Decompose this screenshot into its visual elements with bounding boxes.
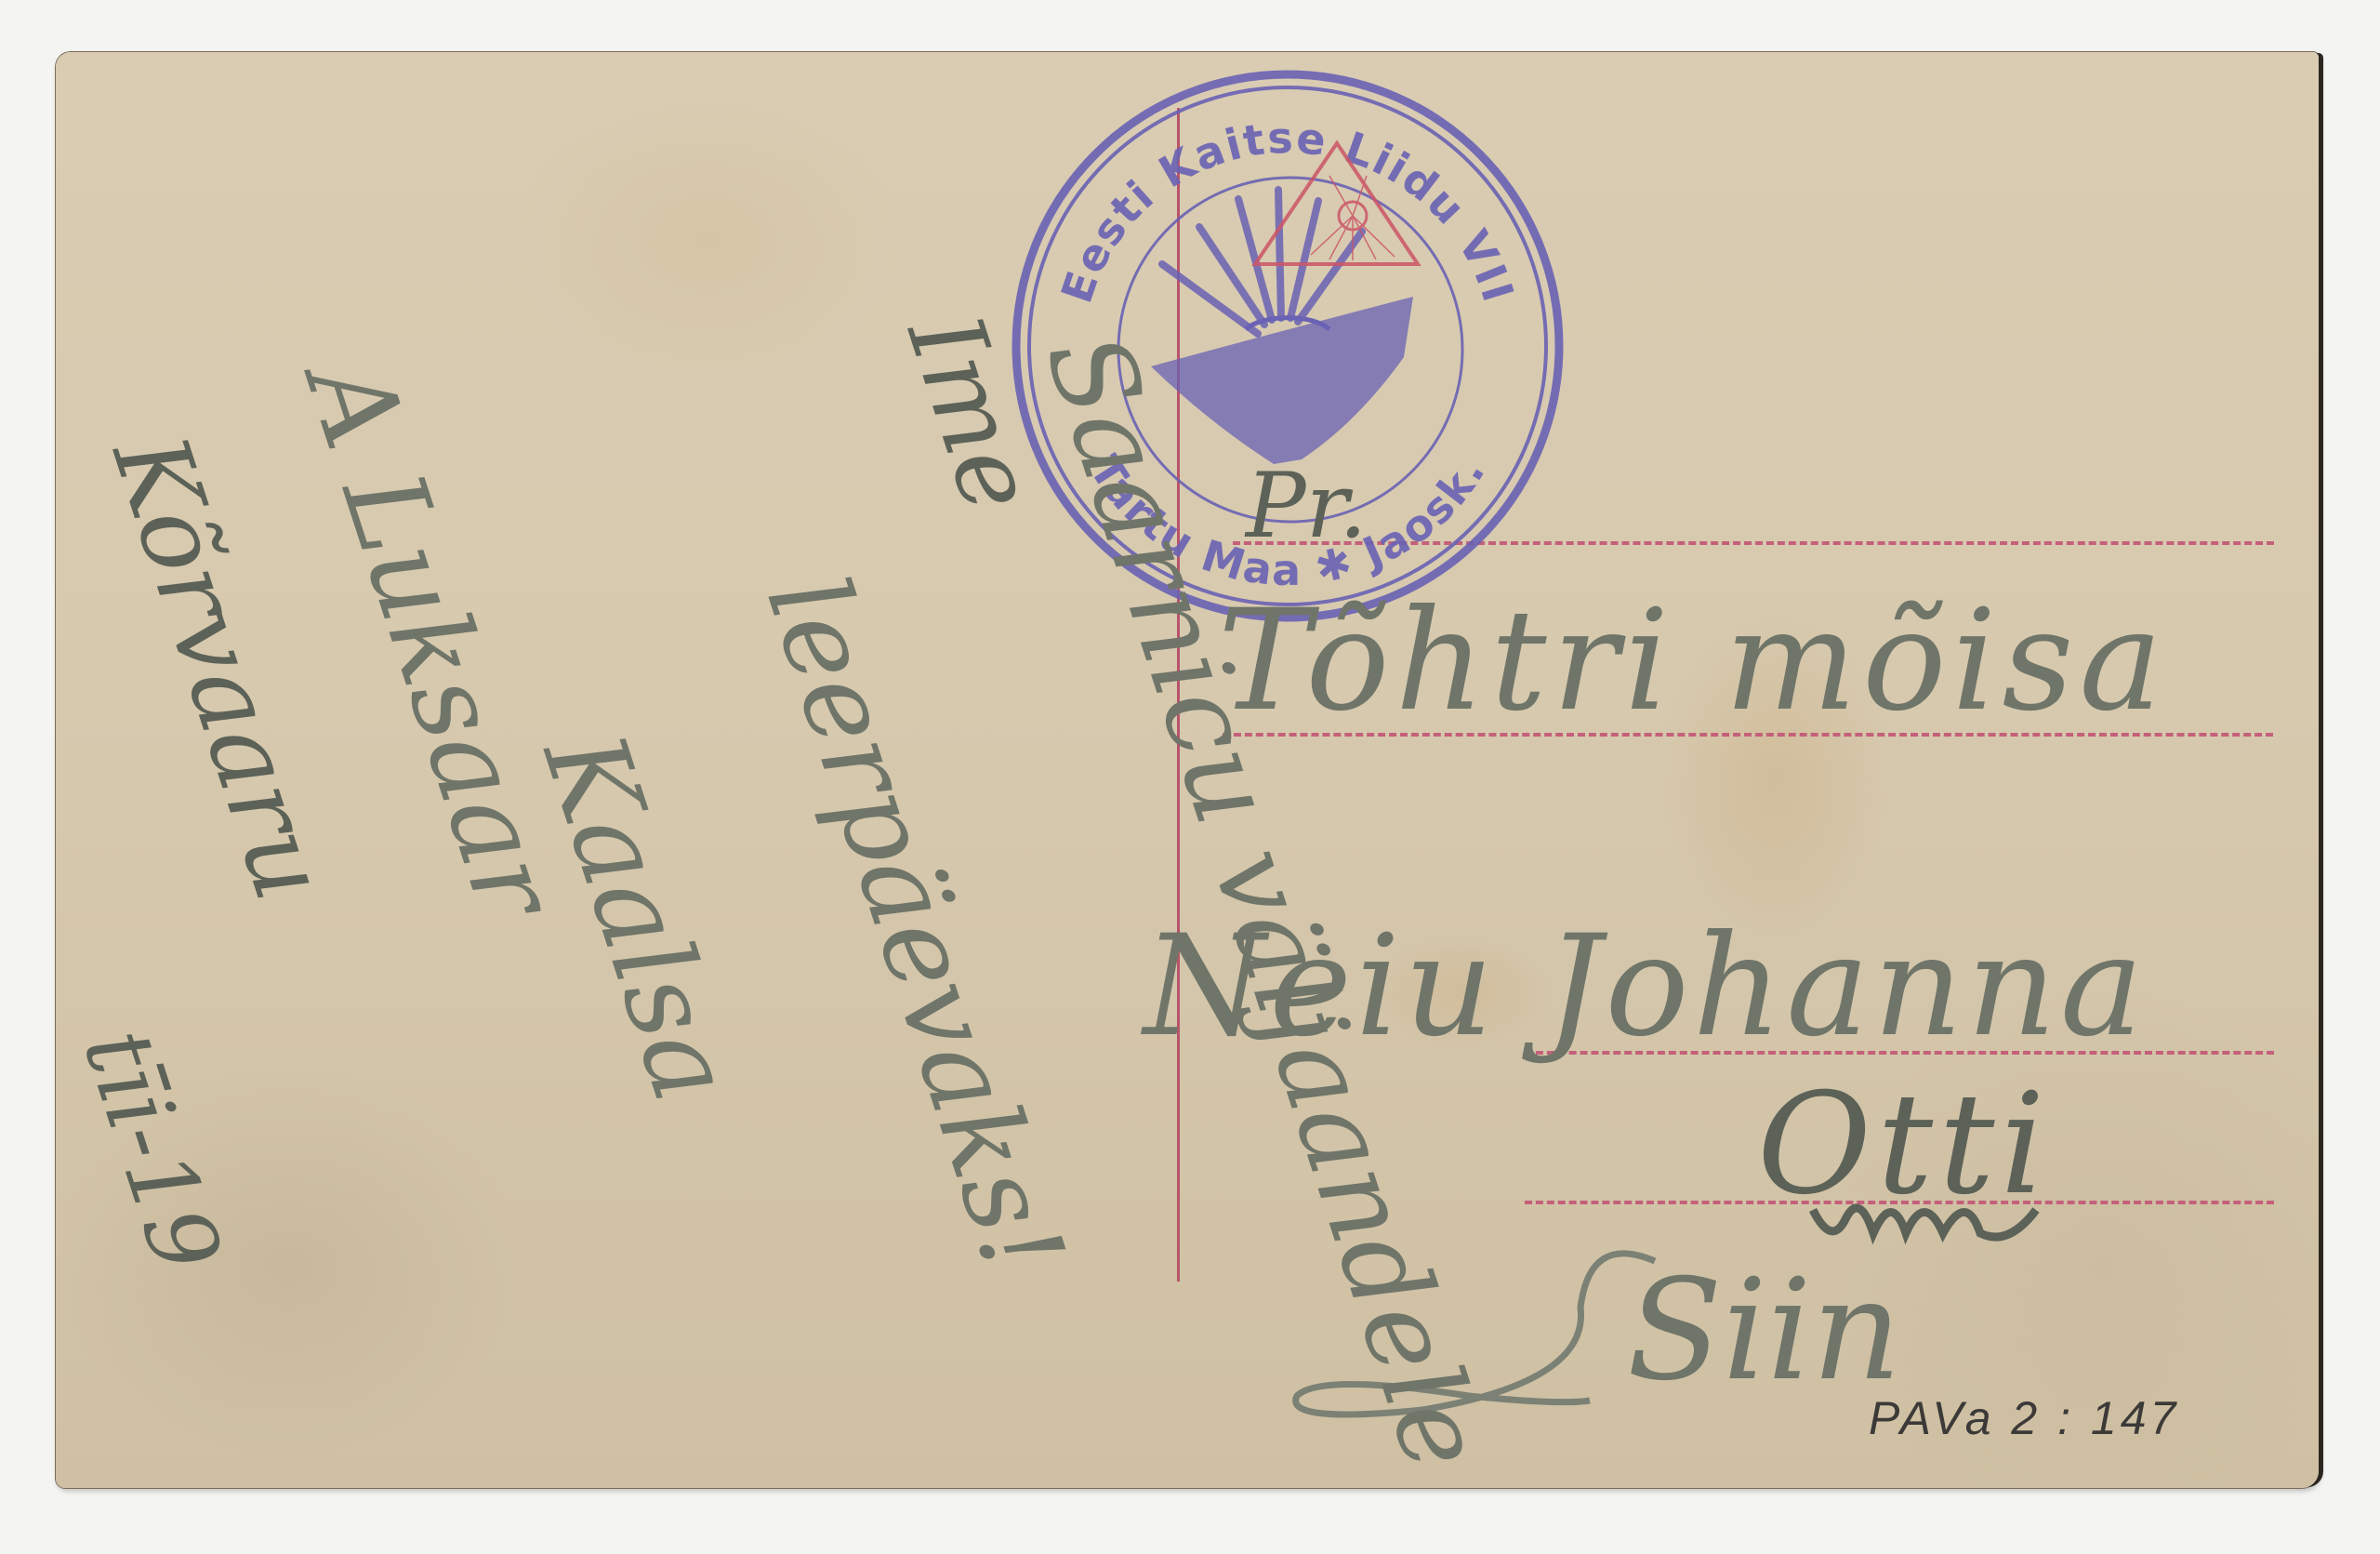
fields-emblem-icon xyxy=(1151,297,1413,464)
underline-flourish-icon xyxy=(1804,1191,2082,1266)
postcard-back: Eesti Kaitse Liidu VII Tartu Maa ✱ Jaosk… xyxy=(56,52,2319,1488)
message-line-3: leerpäevaks! xyxy=(749,564,1079,1287)
svg-text:Eesti Kaitse Liidu VII: Eesti Kaitse Liidu VII xyxy=(1051,113,1525,310)
message-line-4: Kaalsa xyxy=(526,722,748,1114)
message-date: tīi-19 xyxy=(70,1019,234,1282)
message-line-6: Kõrvaaru xyxy=(98,424,343,911)
address-salutation: Pr. xyxy=(1246,461,1367,551)
archive-inventory-number: PAVa 2 : 147 xyxy=(1869,1391,2179,1445)
sun-rays-icon xyxy=(1162,190,1362,334)
address-line-1-text: Tõhtri mõisa xyxy=(1218,591,2168,731)
